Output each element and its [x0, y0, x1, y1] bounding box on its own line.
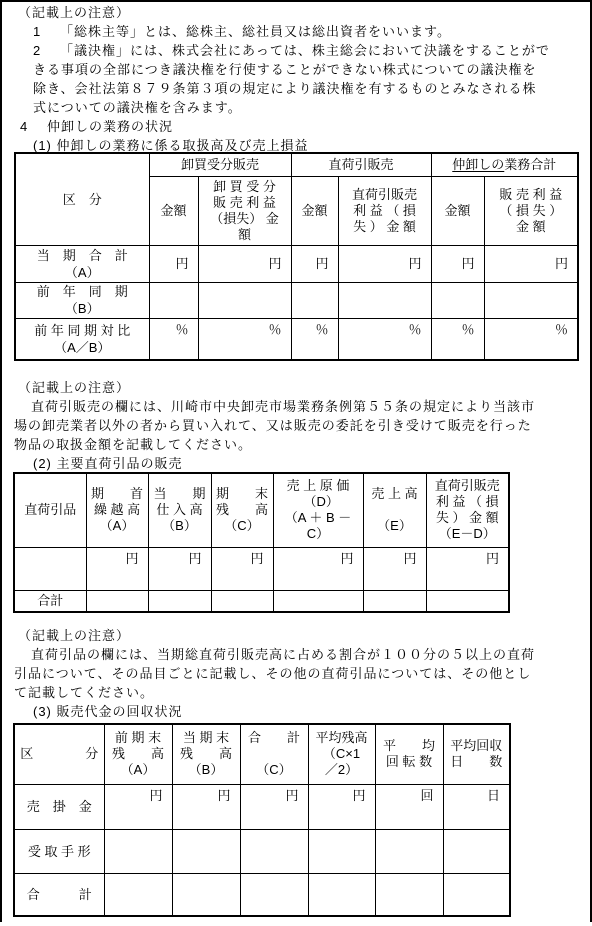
note-text-line2: 場の卸売業者以外の者から買い入れて、又は販売の委託を引き受けて販売を行った — [14, 416, 588, 435]
note-item-1-number: 1 — [33, 22, 60, 41]
unit-yen-cell: 円 — [198, 245, 291, 282]
unit-turns-cell: 回 — [375, 784, 443, 829]
amount-blank-cell — [375, 829, 443, 873]
amount-blank-cell — [308, 873, 375, 916]
note-item-2-text-line2: きる事項の全部につき議決権を行使することができない株式についての議決権を — [33, 60, 588, 79]
amount-blank-cell — [104, 873, 172, 916]
note-header: （記載上の注意） — [18, 626, 588, 645]
unit-percent-cell: ％ — [149, 318, 198, 360]
unit-percent-cell: ％ — [291, 318, 338, 360]
amount-blank-cell — [338, 282, 431, 318]
amount-blank-cell — [443, 829, 510, 873]
group-header-jikabiki: 直荷引販売 — [291, 153, 431, 176]
unit-yen-cell: 円 — [172, 784, 240, 829]
unit-percent-cell: ％ — [338, 318, 431, 360]
amount-blank-cell — [240, 873, 308, 916]
notes-block-3: （記載上の注意） 直荷引品の欄には、当期総直荷引販売高に占める割合が１００分の５… — [0, 626, 588, 721]
row-label-prev-year: 前 年 同 期 （B） — [15, 282, 149, 318]
amount-blank-cell — [86, 590, 148, 612]
amount-header-cell-3: 金額 — [431, 176, 484, 245]
sales-header: 売 上 高 （E） — [363, 473, 426, 547]
row-label-notes-receivable: 受 取 手 形 — [14, 829, 104, 873]
opening-balance-header: 期 首 繰 越 高 （A） — [86, 473, 148, 547]
note-header: （記載上の注意） — [18, 378, 588, 397]
amount-blank-cell — [431, 282, 484, 318]
note-item-2-text-line1: 「議決権」には、株式会社にあっては、株主総会において決議をすることがで — [60, 43, 550, 58]
amount-blank-cell — [363, 590, 426, 612]
row-label-accounts-receivable: 売 掛 金 — [14, 784, 104, 829]
amount-blank-cell — [443, 873, 510, 916]
amount-blank-cell — [198, 282, 291, 318]
row-label-total: 合 計 — [14, 873, 104, 916]
total-header: 合 計 （C） — [240, 724, 308, 784]
note-item-2-text-line3: 除き、会社法第８７９条第３項の規定により議決権を有するものとみなされる株 — [33, 79, 588, 98]
prev-period-balance-header: 前 期 末 残 高 （A） — [104, 724, 172, 784]
unit-days-cell: 日 — [443, 784, 510, 829]
note-text-line1: 直荷引販売の欄には、川崎市中央卸売市場業務条例第５５条の規定により当該市 — [31, 397, 588, 416]
jikabiki-items-table: 直荷引品 期 首 繰 越 高 （A） 当 期 仕 入 高 （B） 期 末 残 高… — [13, 472, 510, 613]
unit-yen-cell: 円 — [291, 245, 338, 282]
amount-blank-cell — [211, 590, 273, 612]
note-item-1: 1「総株主等」とは、総株主、総社員又は総出資者をいいます。 — [33, 22, 588, 41]
unit-yen-cell: 円 — [484, 245, 578, 282]
item-blank-cell — [14, 547, 86, 590]
note-item-2: 2「議決権」には、株式会社にあっては、株主総会において決議をすることがで — [33, 41, 588, 60]
average-balance-header: 平均残高 （C×1 ／2） — [308, 724, 375, 784]
section-4-number: 4 — [20, 117, 47, 136]
profit-header-cell-3: 販 売 利 益 （ 損 失 ） 金 額 — [484, 176, 578, 245]
group-header-oroshikaiuke: 卸買受分販売 — [149, 153, 291, 176]
unit-yen-cell: 円 — [104, 784, 172, 829]
amount-blank-cell — [308, 829, 375, 873]
unit-percent-cell: ％ — [484, 318, 578, 360]
purchases-header: 当 期 仕 入 高 （B） — [148, 473, 211, 547]
group-header-underlined-part: 仲卸しの — [452, 157, 504, 172]
ending-balance-header: 期 末 残 高 （C） — [211, 473, 273, 547]
note-item-1-text: 「総株主等」とは、総株主、総社員又は総出資者をいいます。 — [60, 24, 451, 39]
amount-header-cell-1: 金額 — [149, 176, 198, 245]
unit-yen-cell: 円 — [148, 547, 211, 590]
amount-blank-cell — [375, 873, 443, 916]
kubun-header-cell: 区 分 — [14, 724, 104, 784]
unit-yen-cell: 円 — [431, 245, 484, 282]
intro-notes-block: （記載上の注意） 1「総株主等」とは、総株主、総社員又は総出資者をいいます。 2… — [0, 3, 588, 155]
note-item-2-text-line4: 式についての議決権を含みます。 — [33, 98, 588, 117]
amount-blank-cell — [484, 282, 578, 318]
current-period-balance-header: 当 期 末 残 高 （B） — [172, 724, 240, 784]
amount-blank-cell — [172, 873, 240, 916]
unit-percent-cell: ％ — [431, 318, 484, 360]
amount-blank-cell — [172, 829, 240, 873]
subsection-2-heading: (2) 主要直荷引品の販売 — [33, 454, 588, 473]
unit-yen-cell: 円 — [426, 547, 509, 590]
amount-blank-cell — [273, 590, 363, 612]
amount-blank-cell — [149, 282, 198, 318]
group-header-nakaoroshi-total: 仲卸しの業務合計 — [431, 153, 578, 176]
note-text-line2: 引品について、その品目ごとに記載し、その他の直荷引品については、その他とし — [14, 664, 588, 683]
total-row-label: 合計 — [14, 590, 86, 612]
nakaoroshi-sales-table: 区 分 卸買受分販売 直荷引販売 仲卸しの業務合計 金額 卸 買 受 分 販 売… — [14, 152, 579, 361]
unit-yen-cell: 円 — [211, 547, 273, 590]
amount-blank-cell — [148, 590, 211, 612]
row-label-current-total: 当 期 合 計 （A） — [15, 245, 149, 282]
unit-yen-cell: 円 — [240, 784, 308, 829]
amount-header-cell-2: 金額 — [291, 176, 338, 245]
row-label-yoy-ratio: 前 年 同 期 対 比 （A／B） — [15, 318, 149, 360]
amount-blank-cell — [104, 829, 172, 873]
amount-blank-cell — [291, 282, 338, 318]
unit-yen-cell: 円 — [149, 245, 198, 282]
collection-status-table: 区 分 前 期 末 残 高 （A） 当 期 末 残 高 （B） 合 計 （C） … — [13, 723, 511, 917]
item-column-header: 直荷引品 — [14, 473, 86, 547]
profit-header: 直荷引販売 利 益 （ 損 失 ） 金 額 （E－D） — [426, 473, 509, 547]
unit-yen-cell: 円 — [363, 547, 426, 590]
kubun-header-cell: 区 分 — [15, 153, 149, 245]
unit-percent-cell: ％ — [198, 318, 291, 360]
average-collection-days-header: 平均回収 日 数 — [443, 724, 510, 784]
note-header: （記載上の注意） — [18, 3, 588, 22]
note-text-line3: 物品の取扱金額を記載してください。 — [14, 435, 588, 454]
subsection-3-heading: (3) 販売代金の回収状況 — [33, 702, 588, 721]
profit-header-cell-1: 卸 買 受 分 販 売 利 益 （損失） 金 額 — [198, 176, 291, 245]
unit-yen-cell: 円 — [308, 784, 375, 829]
group-header-rest-part: 業務合計 — [504, 157, 556, 172]
note-text-line3: て記載してください。 — [14, 683, 588, 702]
cost-of-sales-header: 売 上 原 価 （D） （A ＋ B － C） — [273, 473, 363, 547]
amount-blank-cell — [240, 829, 308, 873]
section-4-heading: 4仲卸しの業務の状況 — [20, 117, 588, 136]
notes-block-2: （記載上の注意） 直荷引販売の欄には、川崎市中央卸売市場業務条例第５５条の規定に… — [0, 378, 588, 473]
section-4-title: 仲卸しの業務の状況 — [47, 119, 173, 134]
average-turnover-header: 平 均 回 転 数 — [375, 724, 443, 784]
unit-yen-cell: 円 — [86, 547, 148, 590]
note-text-line1: 直荷引品の欄には、当期総直荷引販売高に占める割合が１００分の５以上の直荷 — [31, 645, 588, 664]
unit-yen-cell: 円 — [273, 547, 363, 590]
unit-yen-cell: 円 — [338, 245, 431, 282]
document-page: （記載上の注意） 1「総株主等」とは、総株主、総社員又は総出資者をいいます。 2… — [0, 0, 592, 926]
profit-header-cell-2: 直荷引販売 利 益 （ 損 失 ） 金 額 — [338, 176, 431, 245]
note-item-2-number: 2 — [33, 41, 60, 60]
amount-blank-cell — [426, 590, 509, 612]
